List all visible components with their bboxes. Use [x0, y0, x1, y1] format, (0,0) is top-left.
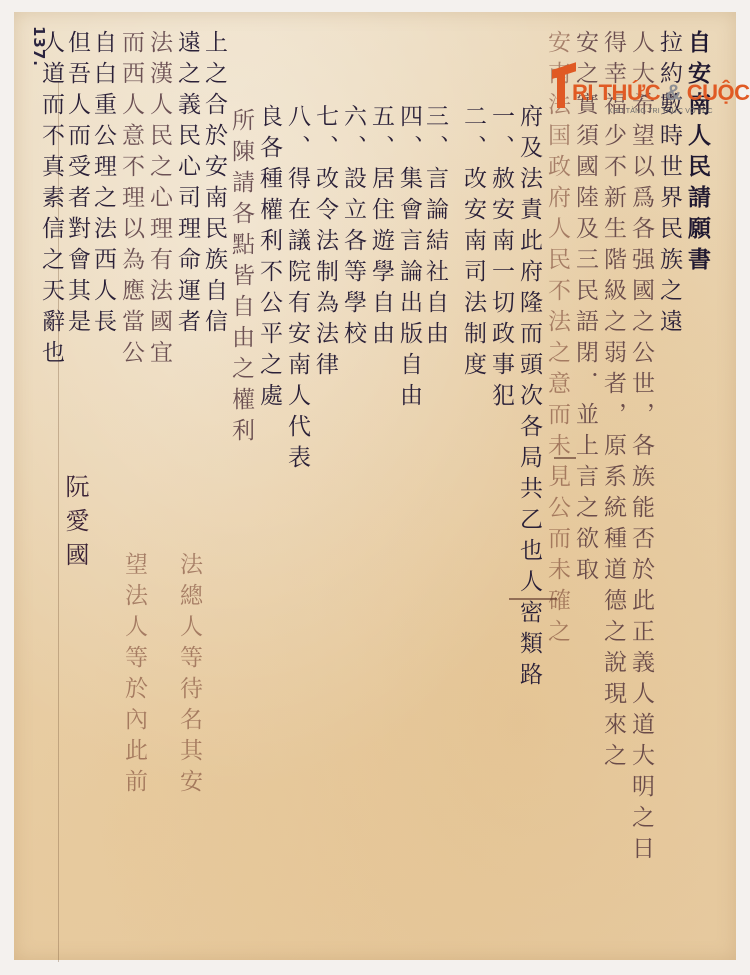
- demand-item-5: 五、居住遊學自由: [366, 104, 396, 352]
- demand-item-2: 二、改安南司法制度: [458, 104, 488, 383]
- watermark-brand-part2: CUỘC SỐNG: [687, 80, 750, 105]
- text-column: 得幸福少不新生階級之弱者，原系統種道德之說現來之: [598, 30, 628, 774]
- faded-text-column: 望法人等於內此前: [119, 552, 149, 800]
- watermark-ampersand: &: [666, 80, 681, 105]
- demand-item-4: 四、集會言論出版自由: [394, 104, 424, 414]
- text-column: 法漢人民之心理有法國宜: [144, 30, 174, 371]
- watermark-brand-part1: RI THỨC: [572, 80, 660, 105]
- demand-item-6: 六、設立各等學校: [338, 104, 368, 352]
- text-column: 人道而不真素信之天辭也: [36, 30, 66, 371]
- document-title-column: 自安南人民請願書: [682, 30, 712, 278]
- text-column: 人大希望以爲各强國之公世，各族能否於此正義人道大明之日: [626, 30, 656, 867]
- signature-nguyen-ai-quoc: 阮愛國: [58, 474, 93, 576]
- watermark-logo: RI THỨC & CUỘC SỐNG KHO TÀNG TRI THỨC VÔ…: [552, 70, 750, 120]
- photo-frame: 137. 自安南人民請願書 拉約數時世界民族之遠 人大希望以爲各强國之公世，各族…: [0, 0, 750, 975]
- demand-item-1: 一、赦安南一切政事犯: [486, 104, 516, 414]
- text-column: 而西人意不理以為應當公: [116, 30, 146, 371]
- text-column: 自白重公理之法西人長: [88, 30, 118, 340]
- faded-text-column: 法總人等待名其安: [174, 552, 204, 800]
- text-column: 上之合於安南民族自信: [199, 30, 229, 340]
- document-paper: 137. 自安南人民請願書 拉約數時世界民族之遠 人大希望以爲各强國之公世，各族…: [14, 12, 736, 960]
- text-column: 但吾人而受者對會其是: [62, 30, 92, 340]
- demand-item-8: 八、得在議院有安南人代表: [282, 104, 312, 476]
- text-column: 良各種權利不公平之處: [254, 104, 284, 414]
- demand-item-3: 三、言論結社自由: [420, 104, 450, 352]
- separator-dash: [509, 598, 557, 600]
- separator-dash: [554, 457, 576, 459]
- text-column: 府及法責此府隆而頭次各局共乙也人密類路: [514, 104, 544, 693]
- demand-item-7: 七、改令法制為法律: [310, 104, 340, 383]
- text-column: 遠之義民心司理命運者: [172, 30, 202, 340]
- watermark-tagline: KHO TÀNG TRI THỨC VÔ TỤC: [608, 108, 713, 115]
- text-column: 所陳請各點皆自由之權利: [226, 108, 256, 449]
- text-column: 安南法国政府人民不法之意而未見公而未確之: [542, 30, 572, 650]
- watermark-brand: RI THỨC & CUỘC SỐNG: [572, 80, 750, 106]
